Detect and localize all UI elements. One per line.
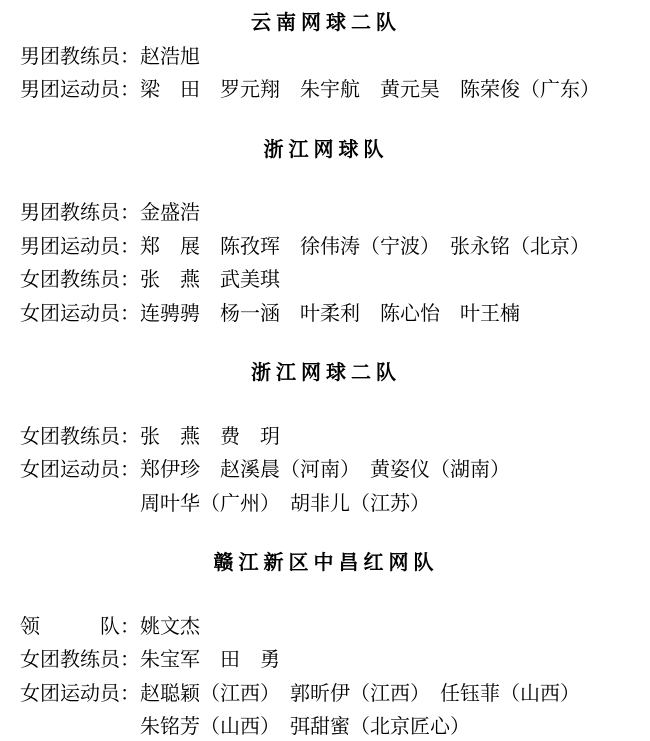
row-label: 女团运动员： [20, 678, 140, 712]
team-row: 女团教练员：张 燕 费 玥 [20, 421, 632, 455]
team-title: 浙江网球队 [20, 134, 632, 168]
row-value: 朱宝军 田 勇 [140, 649, 280, 671]
document: 云南网球二队 男团教练员：赵浩旭 男团运动员：梁 田 罗元翔 朱宇航 黄元昊 陈… [0, 0, 650, 741]
row-value: 连骋骋 杨一涵 叶柔利 陈心怡 叶王楠 [140, 303, 520, 325]
section-zhejiang-tennis-team: 浙江网球队 男团教练员：金盛浩 男团运动员：郑 展 陈孜珲 徐伟涛（宁波） 张永… [20, 134, 632, 332]
row-value: 郑伊珍 赵溪晨（河南） 黄姿仪（湖南） [140, 459, 510, 481]
team-row: 男团运动员：梁 田 罗元翔 朱宇航 黄元昊 陈荣俊（广东） [20, 74, 632, 108]
row-label: 男团教练员： [20, 197, 140, 231]
row-value: 赵浩旭 [140, 46, 200, 68]
team-row: 女团运动员：郑伊珍 赵溪晨（河南） 黄姿仪（湖南） [20, 454, 632, 488]
row-value: 梁 田 罗元翔 朱宇航 黄元昊 陈荣俊（广东） [140, 79, 600, 101]
row-label: 女团教练员： [20, 264, 140, 298]
team-row: 男团运动员：郑 展 陈孜珲 徐伟涛（宁波） 张永铭（北京） [20, 231, 632, 265]
row-value: 张 燕 费 玥 [140, 426, 280, 448]
row-label: 女团教练员： [20, 644, 140, 678]
section-yunnan-tennis-team-2: 云南网球二队 男团教练员：赵浩旭 男团运动员：梁 田 罗元翔 朱宇航 黄元昊 陈… [20, 7, 632, 108]
row-label: 领 队： [20, 611, 140, 645]
row-label: 女团运动员： [20, 454, 140, 488]
row-value: 张 燕 武美琪 [140, 269, 280, 291]
row-value: 金盛浩 [140, 202, 200, 224]
team-title: 云南网球二队 [20, 7, 632, 41]
team-row: 男团教练员：金盛浩 [20, 197, 632, 231]
team-row: 女团运动员：连骋骋 杨一涵 叶柔利 陈心怡 叶王楠 [20, 298, 632, 332]
row-value: 赵聪颖（江西） 郭昕伊（江西） 任钰菲（山西） [140, 683, 580, 705]
row-value: 朱铭芳（山西） 弭甜蜜（北京匠心） [140, 716, 470, 738]
row-label: 男团教练员： [20, 41, 140, 75]
team-row: 女团教练员：朱宝军 田 勇 [20, 644, 632, 678]
row-label: 男团运动员： [20, 74, 140, 108]
row-label: 男团运动员： [20, 231, 140, 265]
team-row: 女团教练员：张 燕 武美琪 [20, 264, 632, 298]
row-value: 姚文杰 [140, 616, 200, 638]
team-row-continuation: 周叶华（广州） 胡非儿（江苏） [20, 488, 632, 522]
team-row-continuation: 朱铭芳（山西） 弭甜蜜（北京匠心） [20, 711, 632, 741]
section-zhejiang-tennis-team-2: 浙江网球二队 女团教练员：张 燕 费 玥 女团运动员：郑伊珍 赵溪晨（河南） 黄… [20, 357, 632, 521]
row-value: 郑 展 陈孜珲 徐伟涛（宁波） 张永铭（北京） [140, 236, 590, 258]
section-ganjiang-zhongchanghong-tennis-team: 赣江新区中昌红网队 领 队：姚文杰 女团教练员：朱宝军 田 勇 女团运动员：赵聪… [20, 547, 632, 741]
team-row: 领 队：姚文杰 [20, 611, 632, 645]
team-title: 浙江网球二队 [20, 357, 632, 391]
team-title: 赣江新区中昌红网队 [20, 547, 632, 581]
team-row: 男团教练员：赵浩旭 [20, 41, 632, 75]
row-value: 周叶华（广州） 胡非儿（江苏） [140, 493, 430, 515]
team-row: 女团运动员：赵聪颖（江西） 郭昕伊（江西） 任钰菲（山西） [20, 678, 632, 712]
row-label: 女团教练员： [20, 421, 140, 455]
row-label: 女团运动员： [20, 298, 140, 332]
